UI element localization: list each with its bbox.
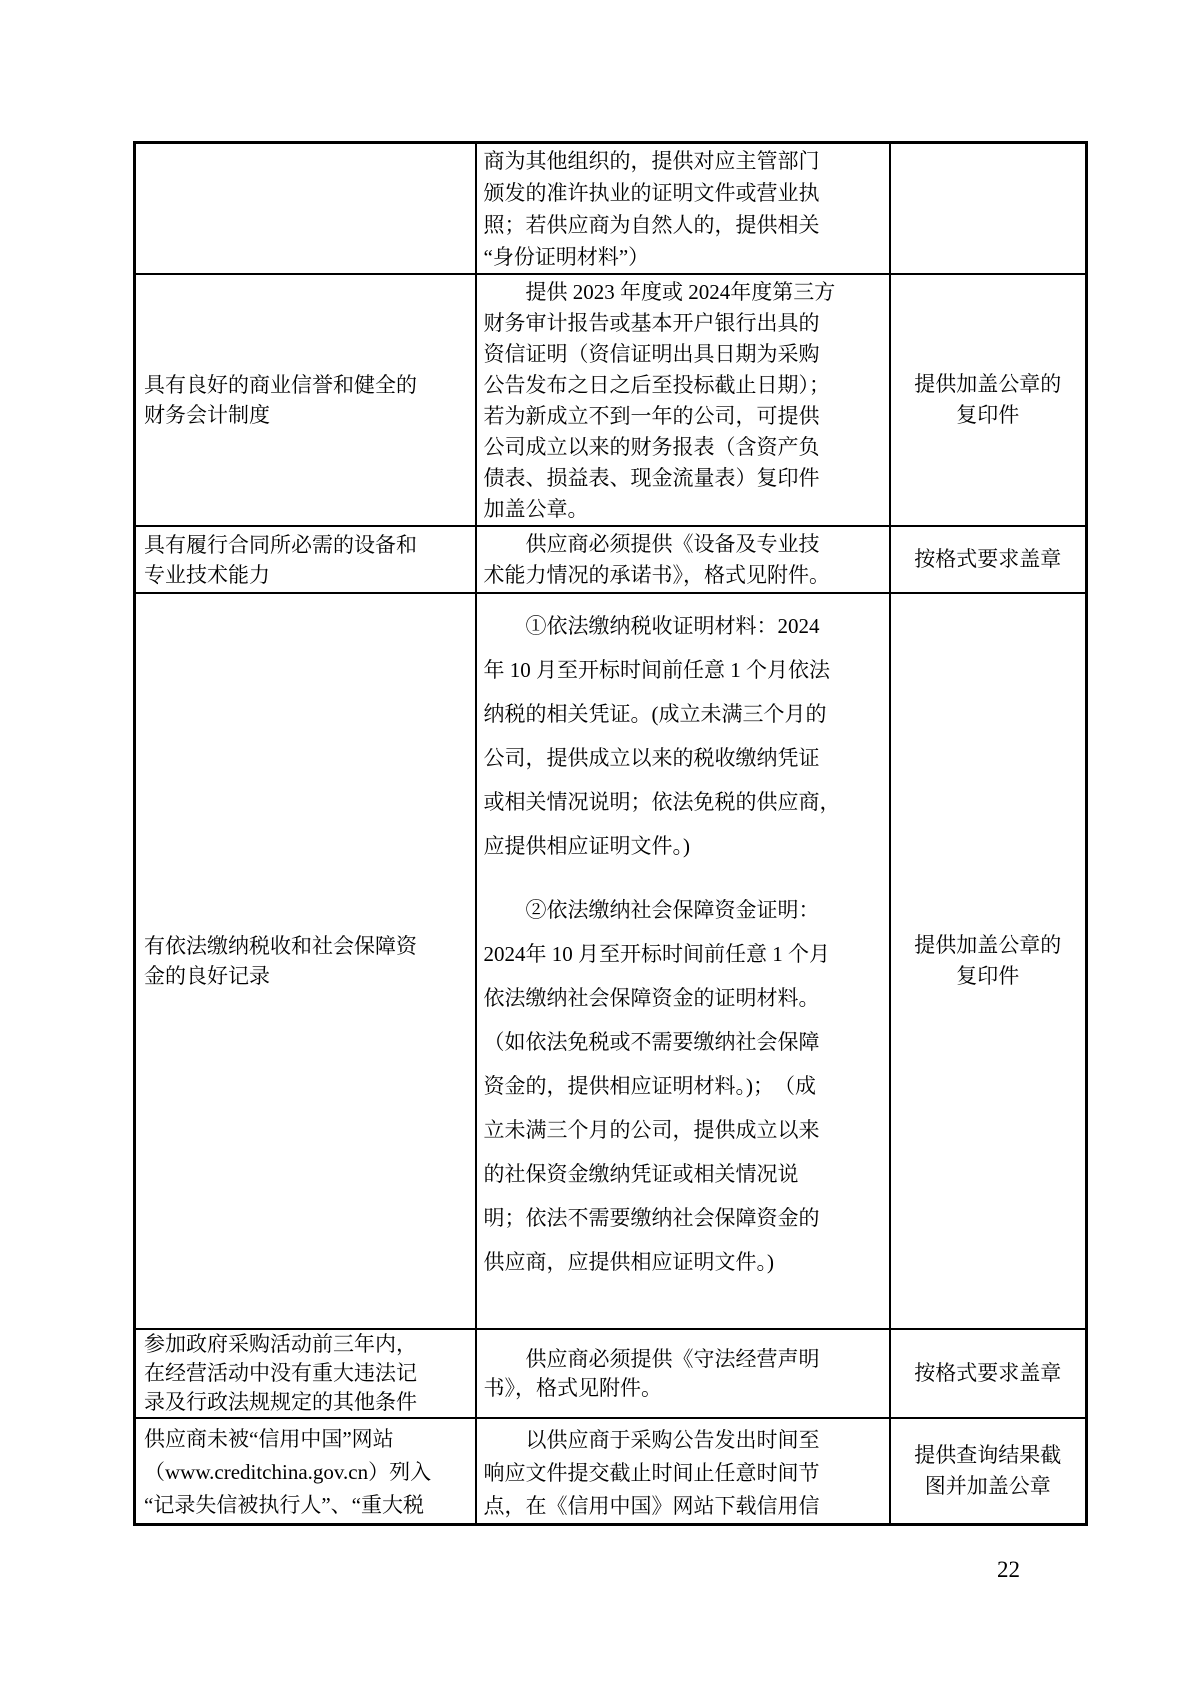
note-text: 提供加盖公章的 复印件: [891, 930, 1086, 992]
requirement-text: [136, 208, 475, 209]
detail-text: 提供 2023 年度或 2024年度第三方 财务审计报告或基本开户银行出具的 资…: [477, 275, 889, 525]
detail-text: 商为其他组织的，提供对应主管部门 颁发的准许执业的证明文件或营业执 照；若供应商…: [477, 144, 889, 273]
table-row: 具有履行合同所必需的设备和 专业技术能力 供应商必须提供《设备及专业技 术能力情…: [135, 526, 1087, 593]
detail-text: 供应商必须提供《设备及专业技 术能力情况的承诺书》，格式见附件。: [477, 529, 889, 591]
note-cell: 提供加盖公章的 复印件: [890, 274, 1087, 526]
note-text: [891, 208, 1086, 209]
table-row: 具有良好的商业信誉和健全的 财务会计制度 提供 2023 年度或 2024年度第…: [135, 274, 1087, 526]
requirement-text: 具有履行合同所必需的设备和 专业技术能力: [136, 530, 475, 590]
page-number: 22: [997, 1556, 1020, 1584]
detail-paragraph-social-security: ②依法缴纳社会保障资金证明： 2024年 10 月至开标时间前任意 1 个月 依…: [477, 888, 889, 1284]
detail-cell: 供应商必须提供《守法经营声明 书》，格式见附件。: [476, 1329, 890, 1418]
requirement-text: 有依法缴纳税收和社会保障资 金的良好记录: [136, 931, 475, 991]
table-row: 供应商未被“信用中国”网站 （www.creditchina.gov.cn）列入…: [135, 1418, 1087, 1525]
note-text: 提供加盖公章的 复印件: [891, 369, 1086, 431]
requirement-cell: 参加政府采购活动前三年内， 在经营活动中没有重大违法记 录及行政法规规定的其他条…: [135, 1329, 476, 1418]
table-row: 商为其他组织的，提供对应主管部门 颁发的准许执业的证明文件或营业执 照；若供应商…: [135, 143, 1087, 275]
requirement-cell: 具有履行合同所必需的设备和 专业技术能力: [135, 526, 476, 593]
note-cell: 按格式要求盖章: [890, 1329, 1087, 1418]
detail-cell: 以供应商于采购公告发出时间至 响应文件提交截止时间止任意时间节 点，在《信用中国…: [476, 1418, 890, 1525]
detail-paragraph-tax: ①依法缴纳税收证明材料：2024 年 10 月至开标时间前任意 1 个月依法 纳…: [477, 594, 889, 868]
qualification-requirements-table: 商为其他组织的，提供对应主管部门 颁发的准许执业的证明文件或营业执 照；若供应商…: [133, 141, 1088, 1526]
note-text: 提供查询结果截 图并加盖公章: [891, 1440, 1086, 1502]
requirement-cell: [135, 143, 476, 275]
note-cell: [890, 143, 1087, 275]
detail-cell: 提供 2023 年度或 2024年度第三方 财务审计报告或基本开户银行出具的 资…: [476, 274, 890, 526]
detail-text: 供应商必须提供《守法经营声明 书》，格式见附件。: [477, 1345, 889, 1403]
requirement-cell: 具有良好的商业信誉和健全的 财务会计制度: [135, 274, 476, 526]
note-cell: 提供加盖公章的 复印件: [890, 593, 1087, 1329]
detail-cell: 商为其他组织的，提供对应主管部门 颁发的准许执业的证明文件或营业执 照；若供应商…: [476, 143, 890, 275]
note-cell: 提供查询结果截 图并加盖公章: [890, 1418, 1087, 1525]
table-row: 有依法缴纳税收和社会保障资 金的良好记录 ①依法缴纳税收证明材料：2024 年 …: [135, 593, 1087, 1329]
requirement-cell: 供应商未被“信用中国”网站 （www.creditchina.gov.cn）列入…: [135, 1418, 476, 1525]
detail-text: 以供应商于采购公告发出时间至 响应文件提交截止时间止任意时间节 点，在《信用中国…: [477, 1419, 889, 1523]
detail-cell: ①依法缴纳税收证明材料：2024 年 10 月至开标时间前任意 1 个月依法 纳…: [476, 593, 890, 1329]
requirement-text: 参加政府采购活动前三年内， 在经营活动中没有重大违法记 录及行政法规规定的其他条…: [136, 1330, 475, 1417]
table-row: 参加政府采购活动前三年内， 在经营活动中没有重大违法记 录及行政法规规定的其他条…: [135, 1329, 1087, 1418]
detail-cell: 供应商必须提供《设备及专业技 术能力情况的承诺书》，格式见附件。: [476, 526, 890, 593]
requirement-cell: 有依法缴纳税收和社会保障资 金的良好记录: [135, 593, 476, 1329]
requirement-text: 具有良好的商业信誉和健全的 财务会计制度: [136, 370, 475, 430]
note-cell: 按格式要求盖章: [890, 526, 1087, 593]
requirement-text: 供应商未被“信用中国”网站 （www.creditchina.gov.cn）列入…: [136, 1420, 475, 1522]
note-text: 按格式要求盖章: [891, 544, 1086, 575]
note-text: 按格式要求盖章: [891, 1358, 1086, 1389]
